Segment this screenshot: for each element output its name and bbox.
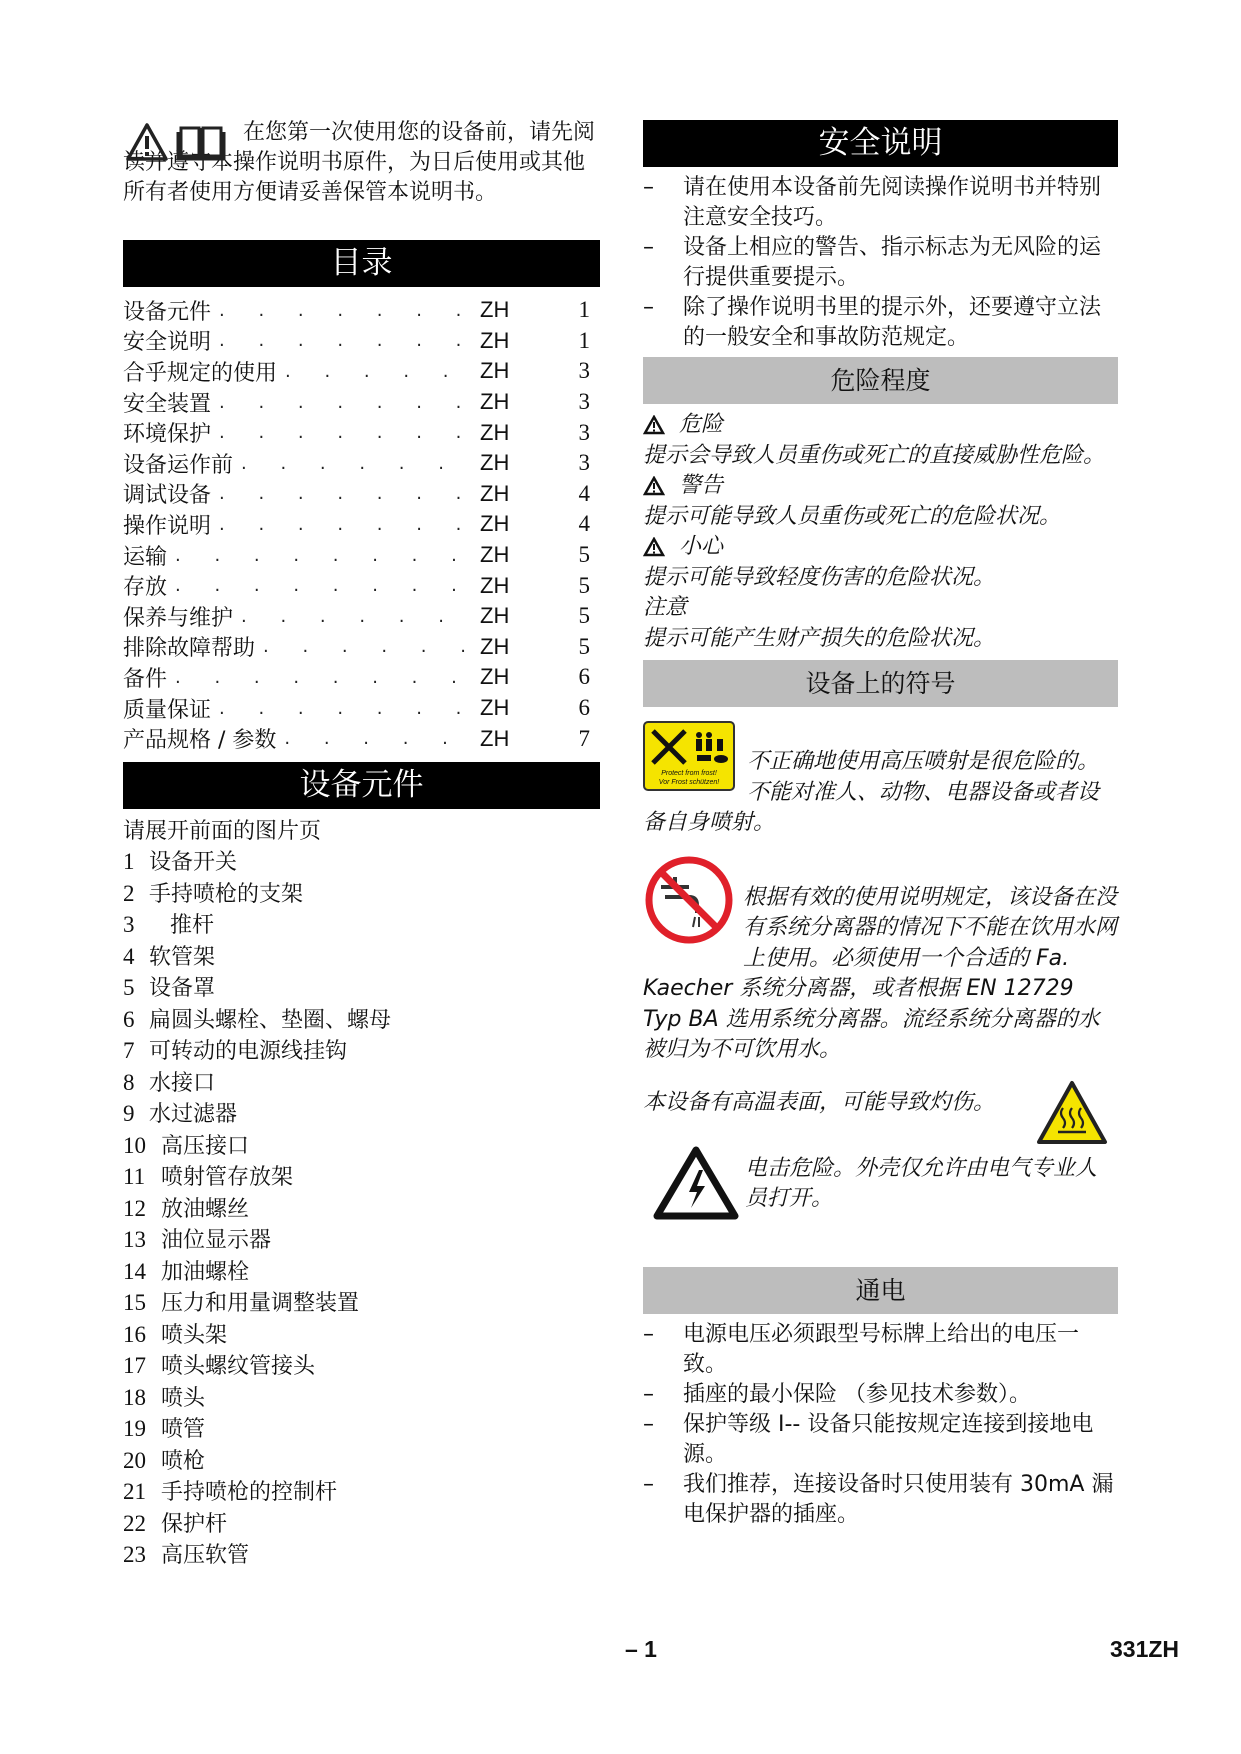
toc-entry-lang: ZH <box>480 603 540 629</box>
level-description: 提示可能导致人员重伤或死亡的危险状况。 <box>643 502 1118 533</box>
part-label: 喷头架 <box>161 1323 227 1348</box>
symbol-electric-shock: 电击危险。外壳仅允许由电气专业人员打开。 <box>643 1146 1118 1215</box>
safety-heading: 安全说明 <box>643 120 1118 167</box>
dash-bullet: – <box>643 293 683 353</box>
toc-entry-page: 3 <box>540 450 600 476</box>
list-item: 10高压接口 <box>123 1131 600 1163</box>
toc-entry-title: 设备元件 <box>123 295 211 326</box>
part-label: 水过滤器 <box>149 1102 237 1127</box>
part-number: 20 <box>123 1446 161 1477</box>
part-number: 7 <box>123 1036 149 1067</box>
list-item: 3 推杆 <box>123 910 600 942</box>
no-drinking-water-icon <box>643 855 735 945</box>
list-item: –设备上相应的警告、指示标志为无风险的运行提供重要提示。 <box>643 233 1118 293</box>
power-heading: 通电 <box>643 1267 1118 1314</box>
list-item: –电源电压必须跟型号标牌上给出的电压一致。 <box>643 1320 1118 1380</box>
list-item: –除了操作说明书里的提示外，还要遵守立法的一般安全和事故防范规定。 <box>643 293 1118 353</box>
toc-entry-lang: ZH <box>480 297 540 323</box>
toc-entry-title: 质量保证 <box>123 693 211 724</box>
part-label: 推杆 <box>149 913 214 938</box>
part-number: 13 <box>123 1225 161 1256</box>
dash-bullet: – <box>643 1320 683 1380</box>
toc-entry-title: 存放 <box>123 570 167 601</box>
part-label: 放油螺丝 <box>161 1197 249 1222</box>
toc-entry-title: 安全说明 <box>123 325 211 356</box>
list-item: 18喷头 <box>123 1383 600 1415</box>
parts-intro: 请展开前面的图片页 <box>123 817 600 848</box>
part-number: 2 <box>123 879 149 910</box>
svg-text:Protect from frost!: Protect from frost! <box>661 770 717 777</box>
toc-entry-title: 环境保护 <box>123 417 211 448</box>
toc-entry-page: 5 <box>540 542 600 568</box>
electric-shock-warning-icon <box>653 1146 739 1220</box>
part-label: 压力和用量调整装置 <box>161 1291 359 1316</box>
toc-row[interactable]: 设备运作前. . . . . . . . . . . .ZH3 <box>123 448 600 479</box>
toc-entry-page: 7 <box>540 726 600 752</box>
toc-entry-title: 操作说明 <box>123 509 211 540</box>
toc-row[interactable]: 质量保证. . . . . . . . . . . .ZH6 <box>123 693 600 724</box>
part-label: 手持喷枪的控制杆 <box>161 1480 337 1505</box>
toc-entry-lang: ZH <box>480 389 540 415</box>
list-item: 23高压软管 <box>123 1540 600 1572</box>
list-item: 5设备罩 <box>123 973 600 1005</box>
list-item: 9水过滤器 <box>123 1099 600 1131</box>
part-number: 22 <box>123 1509 161 1540</box>
toc-row[interactable]: 设备元件. . . . . . . . . . . .ZH1 <box>123 295 600 326</box>
toc-row[interactable]: 安全说明. . . . . . . . . . . .ZH1 <box>123 326 600 357</box>
bullet-text: 请在使用本设备前先阅读操作说明书并特别注意安全技巧。 <box>683 173 1118 233</box>
toc-entry-page: 5 <box>540 603 600 629</box>
page-number: – 1 <box>625 1636 657 1663</box>
toc-entry-lang: ZH <box>480 695 540 721</box>
part-number: 4 <box>123 942 149 973</box>
toc-entry-title: 保养与维护 <box>123 601 233 632</box>
toc-entry-page: 1 <box>540 297 600 323</box>
toc-entry-title: 运输 <box>123 540 167 571</box>
toc-entry-title: 排除故障帮助 <box>123 631 255 662</box>
list-item: 1设备开关 <box>123 847 600 879</box>
symbol-text: 本设备有高温表面，可能导致灼伤。 <box>643 1088 1003 1119</box>
toc-entry-page: 6 <box>540 695 600 721</box>
intro-icons <box>125 122 227 162</box>
list-item: 6扁圆头螺栓、垫圈、螺母 <box>123 1005 600 1037</box>
part-label: 喷头螺纹管接头 <box>161 1354 315 1379</box>
toc-row[interactable]: 环境保护. . . . . . . . . . . .ZH3 <box>123 417 600 448</box>
toc-leader-dots: . . . . . . . . . . . . <box>263 636 474 657</box>
level-label: 危险 <box>679 410 723 441</box>
level-notice-label: 注意 <box>643 593 1118 624</box>
parts-list: 请展开前面的图片页 1设备开关 2手持喷枪的支架 3 推杆 4软管架 5设备罩 … <box>123 817 600 1572</box>
toc-row[interactable]: 排除故障帮助. . . . . . . . . . . .ZH5 <box>123 632 600 663</box>
toc-leader-dots: . . . . . . . . . . . . <box>175 575 474 596</box>
toc-row[interactable]: 操作说明. . . . . . . . . . . .ZH4 <box>123 509 600 540</box>
list-item: 21手持喷枪的控制杆 <box>123 1477 600 1509</box>
toc-entry-lang: ZH <box>480 664 540 690</box>
part-number: 23 <box>123 1540 161 1571</box>
part-number: 5 <box>123 973 149 1004</box>
toc-leader-dots: . . . . . . . . . . . . <box>285 361 474 382</box>
toc-entry-title: 调试设备 <box>123 478 211 509</box>
level-description: 提示会导致人员重伤或死亡的直接威胁性危险。 <box>643 441 1118 472</box>
toc-entry-title: 产品规格 / 参数 <box>123 723 276 754</box>
toc-leader-dots: . . . . . . . . . . . . <box>219 483 474 504</box>
toc-row[interactable]: 合乎规定的使用. . . . . . . . . . . .ZH3 <box>123 356 600 387</box>
toc-row[interactable]: 调试设备. . . . . . . . . . . .ZH4 <box>123 479 600 510</box>
level-label: 小心 <box>679 532 723 563</box>
list-item: 7可转动的电源线挂钩 <box>123 1036 600 1068</box>
level-description: 提示可能导致轻度伤害的危险状况。 <box>643 563 1118 594</box>
toc-row[interactable]: 保养与维护. . . . . . . . . . . .ZH5 <box>123 601 600 632</box>
danger-levels: 危险 提示会导致人员重伤或死亡的直接威胁性危险。 警告 提示可能导致人员重伤或死… <box>643 410 1118 654</box>
level-caution: 小心 <box>643 532 1118 563</box>
symbol-high-pressure: Protect from frost! Vor Frost schützen! … <box>643 721 1118 839</box>
bullet-text: 设备上相应的警告、指示标志为无风险的运行提供重要提示。 <box>683 233 1118 293</box>
list-item: 19喷管 <box>123 1414 600 1446</box>
toc-entry-title: 合乎规定的使用 <box>123 356 277 387</box>
danger-levels-heading: 危险程度 <box>643 357 1118 404</box>
toc-row[interactable]: 存放. . . . . . . . . . . .ZH5 <box>123 570 600 601</box>
part-label: 喷头 <box>161 1386 205 1411</box>
part-label: 高压接口 <box>161 1134 249 1159</box>
toc-entry-lang: ZH <box>480 573 540 599</box>
part-number: 21 <box>123 1477 161 1508</box>
list-item: –保护等级 I-- 设备只能按规定连接到接地电源。 <box>643 1410 1118 1470</box>
toc-row[interactable]: 产品规格 / 参数. . . . . . . . . . . .ZH7 <box>123 723 600 754</box>
toc-row[interactable]: 安全装置. . . . . . . . . . . .ZH3 <box>123 387 600 418</box>
toc-row[interactable]: 运输. . . . . . . . . . . .ZH5 <box>123 540 600 571</box>
high-pressure-warning-icon: Protect from frost! Vor Frost schützen! <box>643 721 735 791</box>
part-number: 15 <box>123 1288 161 1319</box>
list-item: 2手持喷枪的支架 <box>123 879 600 911</box>
toc-entry-title: 备件 <box>123 662 167 693</box>
bullet-text: 除了操作说明书里的提示外，还要遵守立法的一般安全和事故防范规定。 <box>683 293 1118 353</box>
list-item: –我们推荐，连接设备时只使用装有 30mA 漏电保护器的插座。 <box>643 1470 1118 1530</box>
part-label: 高压软管 <box>161 1543 249 1568</box>
svg-text:Vor Frost schützen!: Vor Frost schützen! <box>659 779 719 786</box>
part-label: 喷管 <box>161 1417 205 1442</box>
toc-entry-page: 1 <box>540 328 600 354</box>
manual-book-icon <box>175 122 227 162</box>
part-number: 9 <box>123 1099 149 1130</box>
toc-entry-lang: ZH <box>480 420 540 446</box>
warning-triangle-icon <box>643 476 665 496</box>
part-number: 17 <box>123 1351 161 1382</box>
part-number: 10 <box>123 1131 161 1162</box>
part-number: 19 <box>123 1414 161 1445</box>
toc-entry-lang: ZH <box>480 328 540 354</box>
dash-bullet: – <box>643 1380 683 1410</box>
toc-leader-dots: . . . . . . . . . . . . <box>219 422 474 443</box>
part-number: 14 <box>123 1257 161 1288</box>
part-label: 扁圆头螺栓、垫圈、螺母 <box>149 1008 391 1033</box>
dash-bullet: – <box>643 233 683 293</box>
right-column: 安全说明 –请在使用本设备前先阅读操作说明书并特别注意安全技巧。 –设备上相应的… <box>643 120 1118 1534</box>
toc-leader-dots: . . . . . . . . . . . . <box>219 392 474 413</box>
list-item: 17喷头螺纹管接头 <box>123 1351 600 1383</box>
list-item: 11喷射管存放架 <box>123 1162 600 1194</box>
part-number: 11 <box>123 1162 161 1193</box>
hot-surface-warning-icon <box>1036 1080 1108 1146</box>
bullet-text: 插座的最小保险 （参见技术参数）。 <box>683 1380 1031 1410</box>
part-label: 保护杆 <box>161 1512 227 1537</box>
part-label: 加油螺栓 <box>161 1260 249 1285</box>
warning-triangle-icon <box>643 415 665 435</box>
toc-leader-dots: . . . . . . . . . . . . <box>175 667 474 688</box>
toc-entry-lang: ZH <box>480 542 540 568</box>
toc-entry-page: 4 <box>540 481 600 507</box>
warning-triangle-icon <box>125 122 169 162</box>
bullet-text: 保护等级 I-- 设备只能按规定连接到接地电源。 <box>683 1410 1118 1470</box>
part-number: 3 <box>123 910 149 941</box>
parts-heading: 设备元件 <box>123 762 600 809</box>
part-label: 喷枪 <box>161 1449 205 1474</box>
safety-bullets: –请在使用本设备前先阅读操作说明书并特别注意安全技巧。 –设备上相应的警告、指示… <box>643 173 1118 353</box>
part-number: 8 <box>123 1068 149 1099</box>
list-item: 14加油螺栓 <box>123 1257 600 1289</box>
list-item: –请在使用本设备前先阅读操作说明书并特别注意安全技巧。 <box>643 173 1118 233</box>
left-column: 在您第一次使用您的设备前，请先阅读并遵守本操作说明书原件，为日后使用或其他所有者… <box>123 118 600 1572</box>
dash-bullet: – <box>643 173 683 233</box>
toc-entry-title: 设备运作前 <box>123 448 233 479</box>
level-danger: 危险 <box>643 410 1118 441</box>
list-item: –插座的最小保险 （参见技术参数）。 <box>643 1380 1118 1410</box>
toc-leader-dots: . . . . . . . . . . . . <box>241 606 474 627</box>
toc-leader-dots: . . . . . . . . . . . . <box>219 330 474 351</box>
part-number: 12 <box>123 1194 161 1225</box>
toc-leader-dots: . . . . . . . . . . . . <box>241 453 474 474</box>
toc-heading: 目录 <box>123 240 600 287</box>
list-item: 8水接口 <box>123 1068 600 1100</box>
toc-leader-dots: . . . . . . . . . . . . <box>175 545 474 566</box>
part-label: 可转动的电源线挂钩 <box>149 1039 347 1064</box>
part-number: 16 <box>123 1320 161 1351</box>
toc-entry-lang: ZH <box>480 450 540 476</box>
toc-entry-lang: ZH <box>480 634 540 660</box>
part-label: 设备开关 <box>149 850 237 875</box>
dash-bullet: – <box>643 1470 683 1530</box>
toc-leader-dots: . . . . . . . . . . . . <box>284 728 474 749</box>
symbol-no-drinking-water: 根据有效的使用说明规定，该设备在没有系统分离器的情况下不能在饮用水网上使用。必须… <box>643 855 1118 1066</box>
part-number: 6 <box>123 1005 149 1036</box>
symbol-hot-surface: 本设备有高温表面，可能导致灼伤。 <box>643 1088 1118 1119</box>
list-item: 12放油螺丝 <box>123 1194 600 1226</box>
part-label: 软管架 <box>149 945 215 970</box>
toc-entry-page: 5 <box>540 634 600 660</box>
part-number: 1 <box>123 847 149 878</box>
toc-entry-lang: ZH <box>480 511 540 537</box>
toc-entry-page: 4 <box>540 511 600 537</box>
toc-entry-lang: ZH <box>480 481 540 507</box>
list-item: 4软管架 <box>123 942 600 974</box>
table-of-contents: 设备元件. . . . . . . . . . . .ZH1 安全说明. . .… <box>123 295 600 754</box>
toc-row[interactable]: 备件. . . . . . . . . . . .ZH6 <box>123 662 600 693</box>
part-label: 喷射管存放架 <box>161 1165 293 1190</box>
power-bullets: –电源电压必须跟型号标牌上给出的电压一致。 –插座的最小保险 （参见技术参数）。… <box>643 1320 1118 1530</box>
list-item: 13油位显示器 <box>123 1225 600 1257</box>
intro-notice: 在您第一次使用您的设备前，请先阅读并遵守本操作说明书原件，为日后使用或其他所有者… <box>123 118 600 240</box>
bullet-text: 电源电压必须跟型号标牌上给出的电压一致。 <box>683 1320 1118 1380</box>
level-label: 警告 <box>679 471 723 502</box>
level-description: 提示可能产生财产损失的危险状况。 <box>643 624 1118 655</box>
toc-entry-lang: ZH <box>480 726 540 752</box>
symbols-heading: 设备上的符号 <box>643 660 1118 707</box>
toc-entry-page: 3 <box>540 420 600 446</box>
part-label: 油位显示器 <box>161 1228 271 1253</box>
toc-entry-page: 6 <box>540 664 600 690</box>
part-number: 18 <box>123 1383 161 1414</box>
list-item: 20喷枪 <box>123 1446 600 1478</box>
toc-entry-lang: ZH <box>480 358 540 384</box>
list-item: 22保护杆 <box>123 1509 600 1541</box>
toc-leader-dots: . . . . . . . . . . . . <box>219 698 474 719</box>
toc-entry-page: 3 <box>540 389 600 415</box>
part-label: 水接口 <box>149 1071 215 1096</box>
toc-leader-dots: . . . . . . . . . . . . <box>219 514 474 535</box>
bullet-text: 我们推荐，连接设备时只使用装有 30mA 漏电保护器的插座。 <box>683 1470 1118 1530</box>
toc-entry-page: 5 <box>540 573 600 599</box>
part-label: 手持喷枪的支架 <box>149 882 303 907</box>
level-warning: 警告 <box>643 471 1118 502</box>
toc-entry-title: 安全装置 <box>123 387 211 418</box>
toc-entry-page: 3 <box>540 358 600 384</box>
document-code: 331ZH <box>1110 1636 1179 1663</box>
dash-bullet: – <box>643 1410 683 1470</box>
list-item: 15压力和用量调整装置 <box>123 1288 600 1320</box>
list-item: 16喷头架 <box>123 1320 600 1352</box>
warning-triangle-icon <box>643 537 665 557</box>
part-label: 设备罩 <box>149 976 215 1001</box>
toc-leader-dots: . . . . . . . . . . . . <box>219 300 474 321</box>
